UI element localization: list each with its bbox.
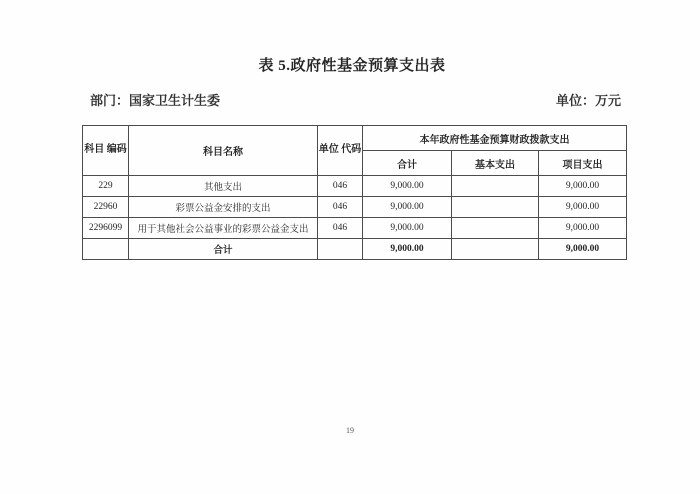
department-label: 部门：国家卫生计生委 (90, 90, 220, 109)
cell-unit-code (318, 239, 363, 260)
cell-subject-name-total: 合计 (129, 239, 318, 260)
header-subject-name: 科目名称 (129, 126, 318, 176)
header-project-expenditure: 项目支出 (539, 151, 627, 176)
cell-subject-code: 22960 (83, 197, 129, 218)
table-row: 2296099 用于其他社会公益事业的彩票公益金支出 046 9,000.00 … (83, 218, 627, 239)
cell-total: 9,000.00 (363, 218, 452, 239)
cell-subject-name: 用于其他社会公益事业的彩票公益金支出 (129, 218, 318, 239)
cell-project: 9,000.00 (539, 197, 627, 218)
cell-basic (452, 176, 539, 197)
page-title: 表 5.政府性基金预算支出表 (22, 54, 682, 75)
header-total: 合计 (363, 151, 452, 176)
cell-subject-name: 彩票公益金安排的支出 (129, 197, 318, 218)
cell-project: 9,000.00 (539, 176, 627, 197)
table-total-row: 合计 9,000.00 9,000.00 (83, 239, 627, 260)
cell-subject-code: 229 (83, 176, 129, 197)
cell-total: 9,000.00 (363, 239, 452, 260)
table-row: 229 其他支出 046 9,000.00 9,000.00 (83, 176, 627, 197)
header-basic-expenditure: 基本支出 (452, 151, 539, 176)
cell-project: 9,000.00 (539, 239, 627, 260)
unit-label: 单位：万元 (556, 90, 621, 109)
cell-basic (452, 218, 539, 239)
table-header-row-1: 科目 编码 科目名称 单位 代码 本年政府性基金预算财政拨款支出 (83, 126, 627, 151)
document-page: 表 5.政府性基金预算支出表 部门：国家卫生计生委 单位：万元 科目 编码 科目… (0, 0, 700, 494)
table-row: 22960 彩票公益金安排的支出 046 9,000.00 9,000.00 (83, 197, 627, 218)
cell-unit-code: 046 (318, 197, 363, 218)
cell-unit-code: 046 (318, 176, 363, 197)
header-unit-code: 单位 代码 (318, 126, 363, 176)
cell-basic (452, 239, 539, 260)
cell-total: 9,000.00 (363, 197, 452, 218)
page-number: 19 (0, 426, 700, 435)
cell-subject-name: 其他支出 (129, 176, 318, 197)
header-subject-code: 科目 编码 (83, 126, 129, 176)
cell-subject-code: 2296099 (83, 218, 129, 239)
cell-subject-code (83, 239, 129, 260)
cell-project: 9,000.00 (539, 218, 627, 239)
cell-total: 9,000.00 (363, 176, 452, 197)
budget-table: 科目 编码 科目名称 单位 代码 本年政府性基金预算财政拨款支出 合计 基本支出… (82, 125, 627, 260)
header-group-fund-expenditure: 本年政府性基金预算财政拨款支出 (363, 126, 627, 151)
cell-unit-code: 046 (318, 218, 363, 239)
cell-basic (452, 197, 539, 218)
